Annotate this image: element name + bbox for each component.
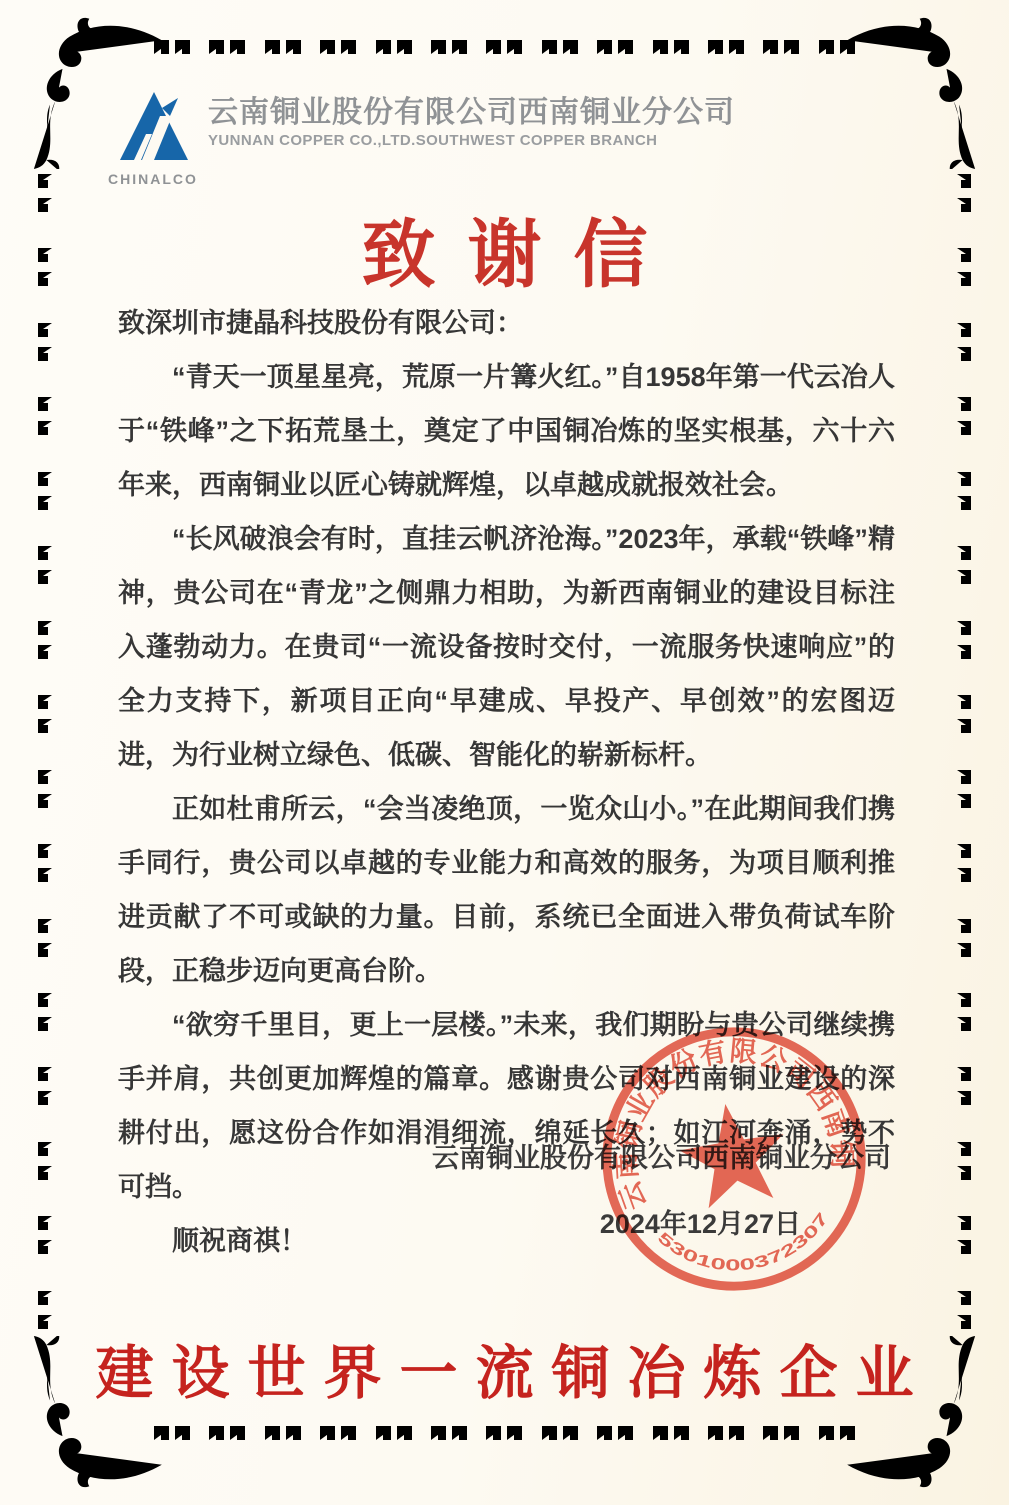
footer-slogan: 建设世界一流铜冶炼企业 bbox=[0, 1326, 1009, 1410]
seal-star-icon bbox=[673, 1096, 793, 1212]
salutation: 致深圳市捷晶科技股份有限公司： bbox=[118, 296, 895, 350]
border-corner-flourish-icon bbox=[841, 14, 993, 172]
paragraph: “青天一顶星星亮，荒原一片篝火红。”自1958年第一代云冶人于“铁峰”之下拓荒垦… bbox=[118, 350, 895, 512]
company-seal-stamp: 云南铜业股份有限公司西南铜业分公司 5301000372307 bbox=[564, 989, 905, 1330]
paragraph: 正如杜甫所云，“会当凌绝顶，一览众山小。”在此期间我们携手同行，贵公司以卓越的专… bbox=[118, 782, 895, 998]
letter-title: 致谢信 bbox=[0, 196, 1009, 302]
company-name-chinese: 云南铜业股份有限公司西南铜业分公司 bbox=[208, 96, 735, 130]
paragraph: “长风破浪会有时，直挂云帆济沧海。”2023年，承载“铁峰”精神，贵公司在“青龙… bbox=[118, 512, 895, 782]
border-meander-bottom bbox=[152, 1424, 857, 1442]
chinalco-logo: CHINALCO bbox=[108, 86, 196, 187]
company-name-english: YUNNAN COPPER CO.,LTD.SOUTHWEST COPPER B… bbox=[208, 130, 735, 152]
logo-brand-text: CHINALCO bbox=[108, 171, 196, 187]
chinalco-triangle-icon bbox=[112, 86, 192, 164]
letterhead: CHINALCO 云南铜业股份有限公司西南铜业分公司 YUNNAN COPPER… bbox=[108, 86, 735, 187]
border-meander-right bbox=[955, 172, 973, 1333]
border-meander-top bbox=[152, 38, 857, 56]
thank-you-letter-page: CHINALCO 云南铜业股份有限公司西南铜业分公司 YUNNAN COPPER… bbox=[0, 0, 1009, 1505]
